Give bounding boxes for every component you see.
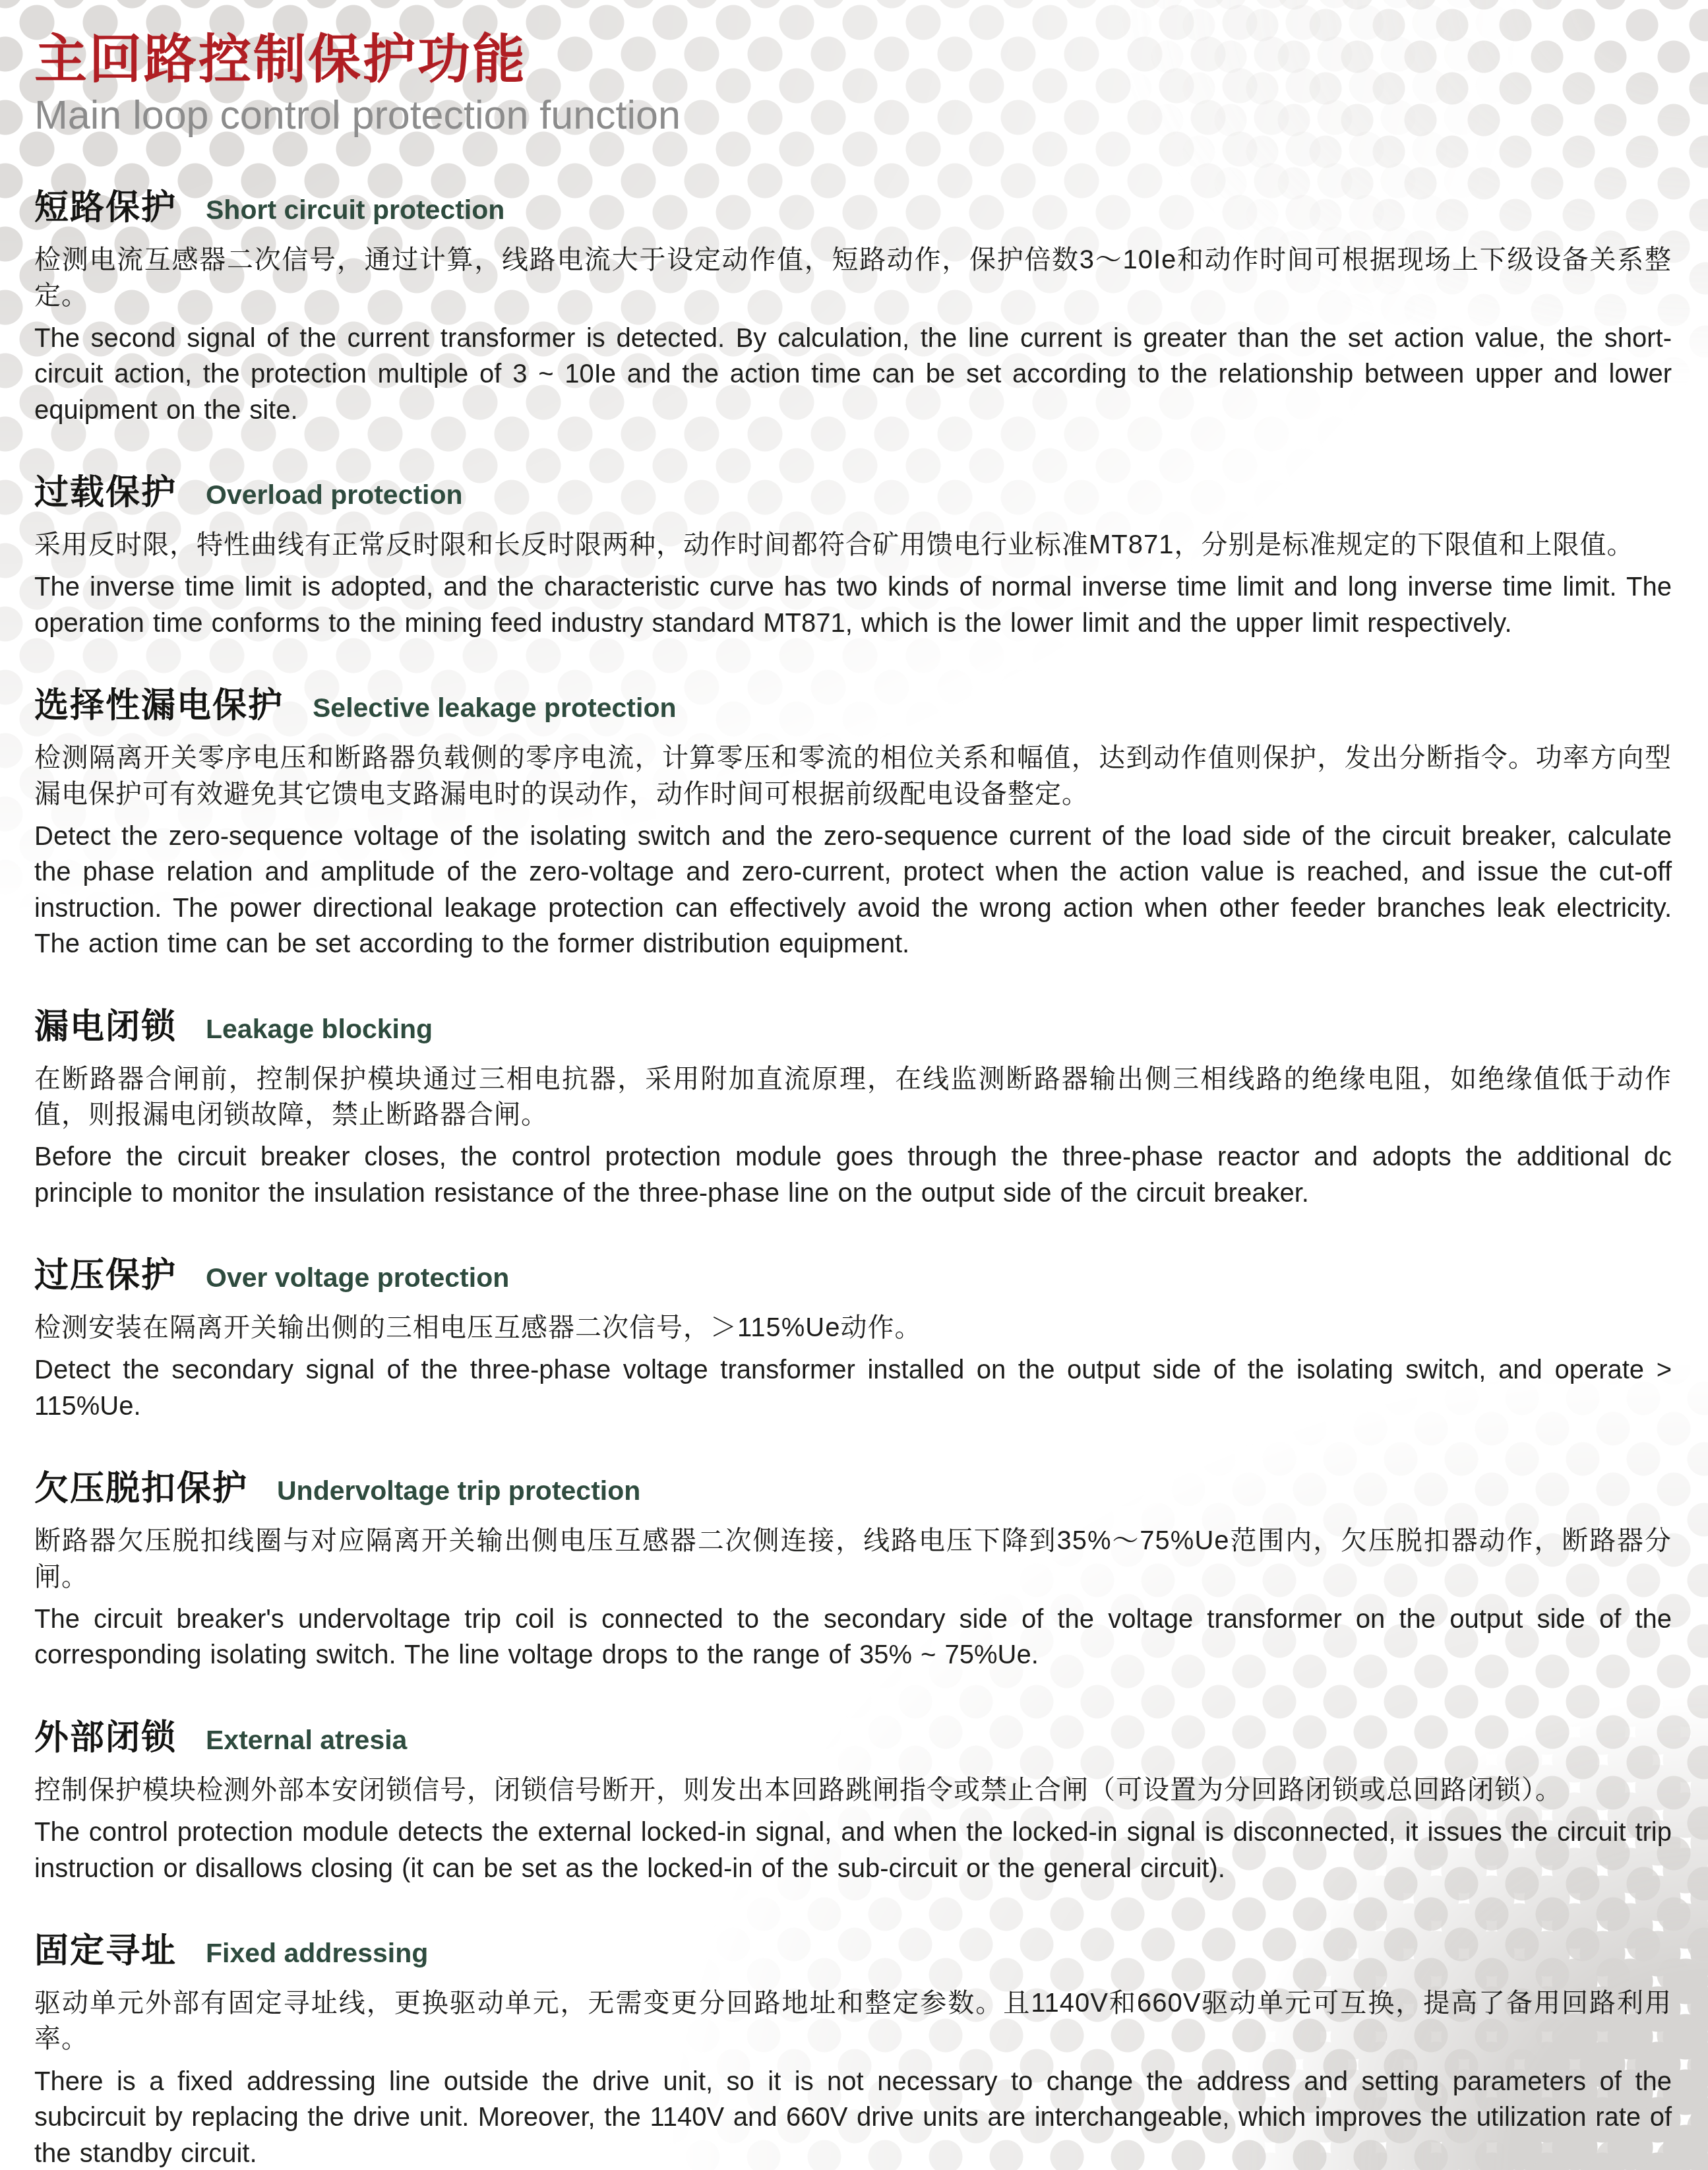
section-title-zh: 固定寻址 (34, 1923, 177, 1972)
paragraph-en: The circuit breaker's undervoltage trip … (34, 1601, 1672, 1673)
section-title-zh: 漏电闭锁 (34, 999, 177, 1048)
section-title-en: Over voltage protection (206, 1262, 509, 1293)
section-heading: 过压保护 Over voltage protection (34, 1247, 1672, 1297)
section-heading: 欠压脱扣保护 Undervoltage trip protection (34, 1460, 1672, 1510)
section-title-zh: 外部闭锁 (34, 1710, 177, 1759)
section-short-circuit-protection: 短路保护 Short circuit protection 检测电流互感器二次信… (34, 179, 1672, 428)
paragraph-zh: 采用反时限，特性曲线有正常反时限和长反时限两种，动作时间都符合矿用馈电行业标准M… (34, 527, 1672, 563)
section-title-en: Leakage blocking (206, 1014, 433, 1045)
paragraph-en: The second signal of the current transfo… (34, 321, 1672, 428)
section-heading: 短路保护 Short circuit protection (34, 179, 1672, 229)
section-title-en: Short circuit protection (206, 195, 504, 226)
section-title-en: Overload protection (206, 480, 463, 511)
section-leakage-blocking: 漏电闭锁 Leakage blocking 在断路器合闸前，控制保护模块通过三相… (34, 999, 1672, 1212)
section-title-en: Fixed addressing (206, 1938, 428, 1969)
section-heading: 漏电闭锁 Leakage blocking (34, 999, 1672, 1048)
section-heading: 外部闭锁 External atresia (34, 1710, 1672, 1759)
paragraph-en: Detect the zero-sequence voltage of the … (34, 819, 1672, 962)
section-title-zh: 过压保护 (34, 1247, 177, 1297)
page-title-en: Main loop control protection function (34, 94, 1672, 136)
section-title-zh: 短路保护 (34, 179, 177, 229)
paragraph-en: The control protection module detects th… (34, 1814, 1672, 1886)
section-heading: 固定寻址 Fixed addressing (34, 1923, 1672, 1972)
paragraph-zh: 检测安装在隔离开关输出侧的三相电压互感器二次信号，＞115%Ue动作。 (34, 1310, 1672, 1346)
section-title-en: Selective leakage protection (313, 693, 676, 724)
section-title-en: External atresia (206, 1725, 407, 1756)
paragraph-en: Detect the secondary signal of the three… (34, 1352, 1672, 1424)
section-fixed-addressing: 固定寻址 Fixed addressing 驱动单元外部有固定寻址线，更换驱动单… (34, 1923, 1672, 2170)
section-title-en: Undervoltage trip protection (277, 1475, 640, 1506)
section-heading: 选择性漏电保护 Selective leakage protection (34, 677, 1672, 727)
section-undervoltage-trip-protection: 欠压脱扣保护 Undervoltage trip protection 断路器欠… (34, 1460, 1672, 1673)
paragraph-zh: 检测隔离开关零序电压和断路器负载侧的零序电流，计算零压和零流的相位关系和幅值，达… (34, 740, 1672, 812)
section-title-zh: 选择性漏电保护 (34, 677, 284, 727)
paragraph-en: Before the circuit breaker closes, the c… (34, 1139, 1672, 1211)
page-header: 主回路控制保护功能 Main loop control protection f… (34, 32, 1672, 136)
section-overload-protection: 过载保护 Overload protection 采用反时限，特性曲线有正常反时… (34, 464, 1672, 641)
paragraph-en: There is a fixed addressing line outside… (34, 2064, 1672, 2170)
section-external-atresia: 外部闭锁 External atresia 控制保护模块检测外部本安闭锁信号，闭… (34, 1710, 1672, 1886)
page-content: 主回路控制保护功能 Main loop control protection f… (0, 0, 1708, 2170)
section-title-zh: 过载保护 (34, 464, 177, 514)
document-page: 主回路控制保护功能 Main loop control protection f… (0, 0, 1708, 2170)
paragraph-zh: 控制保护模块检测外部本安闭锁信号，闭锁信号断开，则发出本回路跳闸指令或禁止合闸（… (34, 1772, 1672, 1808)
paragraph-en: The inverse time limit is adopted, and t… (34, 569, 1672, 641)
section-over-voltage-protection: 过压保护 Over voltage protection 检测安装在隔离开关输出… (34, 1247, 1672, 1424)
paragraph-zh: 检测电流互感器二次信号，通过计算，线路电流大于设定动作值，短路动作，保护倍数3～… (34, 242, 1672, 314)
page-title-zh: 主回路控制保护功能 (34, 32, 1672, 87)
paragraph-zh: 在断路器合闸前，控制保护模块通过三相电抗器，采用附加直流原理，在线监测断路器输出… (34, 1061, 1672, 1133)
section-selective-leakage-protection: 选择性漏电保护 Selective leakage protection 检测隔… (34, 677, 1672, 962)
section-title-zh: 欠压脱扣保护 (34, 1460, 248, 1510)
section-heading: 过载保护 Overload protection (34, 464, 1672, 514)
paragraph-zh: 断路器欠压脱扣线圈与对应隔离开关输出侧电压互感器二次侧连接，线路电压下降到35%… (34, 1523, 1672, 1595)
paragraph-zh: 驱动单元外部有固定寻址线，更换驱动单元，无需变更分回路地址和整定参数。且1140… (34, 1985, 1672, 2057)
